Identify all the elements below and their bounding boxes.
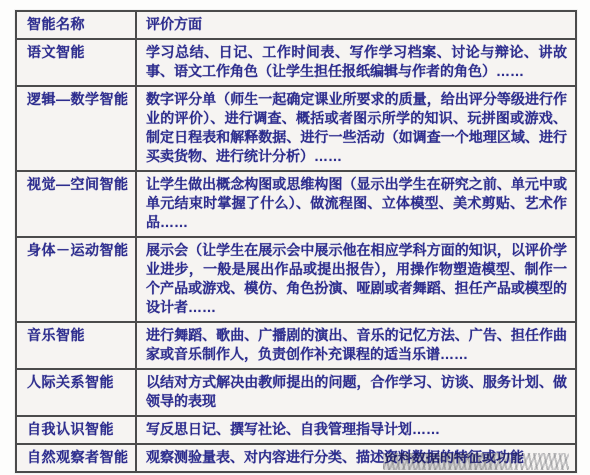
table-row: 语文智能学习总结、日记、工作时间表、写作学习档案、讨论与辩论、讲故事、语文工作角… [17, 38, 575, 85]
evaluation-aspect-cell: 展示会（让学生在展示会中展示他在相应学科方面的知识，以评价学业进步，一般是展出作… [137, 238, 575, 321]
table-header-row: 智能名称 评价方面 [17, 12, 575, 38]
intelligence-name-cell: 音乐智能 [17, 323, 137, 368]
table-row: 自我认识智能写反思日记、撰写社论、自我管理指导计划…… [17, 415, 575, 443]
intelligence-name-cell: 身体－运动智能 [17, 238, 137, 321]
intelligence-name-cell: 语文智能 [17, 40, 137, 85]
table-row: 逻辑—数学智能数字评分单（师生一起确定课业所要求的质量，给出评分等级进行作业的评… [17, 85, 575, 170]
intelligence-name-cell: 视觉—空间智能 [17, 172, 137, 236]
scanned-document-page: 智能名称 评价方面 语文智能学习总结、日记、工作时间表、写作学习档案、讨论与辩论… [0, 0, 590, 475]
intelligence-name-cell: 人际关系智能 [17, 370, 137, 415]
table-row: 音乐智能进行舞蹈、歌曲、广播剧的演出、音乐的记忆方法、广告、担任作曲家或音乐制作… [17, 321, 575, 368]
evaluation-aspect-cell: 进行舞蹈、歌曲、广播剧的演出、音乐的记忆方法、广告、担任作曲家或音乐制作人，负责… [137, 323, 575, 368]
table-row: 身体－运动智能展示会（让学生在展示会中展示他在相应学科方面的知识，以评价学业进步… [17, 236, 575, 321]
evaluation-aspect-cell: 数字评分单（师生一起确定课业所要求的质量，给出评分等级进行作业的评价）、进行调查… [137, 87, 575, 170]
intelligence-evaluation-table: 智能名称 评价方面 语文智能学习总结、日记、工作时间表、写作学习档案、讨论与辩论… [15, 10, 577, 473]
evaluation-aspect-cell: 观察测验量表、对内容进行分类、描述资料数据的特征或功能 [137, 445, 575, 471]
intelligence-name-cell: 自我认识智能 [17, 417, 137, 443]
evaluation-aspect-cell: 以结对方式解决由教师提出的问题，合作学习、访谈、服务计划、做领导的表现 [137, 370, 575, 415]
header-intelligence-name: 智能名称 [17, 12, 137, 38]
evaluation-aspect-cell: 让学生做出概念构图或思维构图（显示出学生在研究之前、单元中或单元结束时掌握了什么… [137, 172, 575, 236]
intelligence-name-cell: 逻辑—数学智能 [17, 87, 137, 170]
evaluation-aspect-cell: 写反思日记、撰写社论、自我管理指导计划…… [137, 417, 575, 443]
header-evaluation-aspect: 评价方面 [137, 12, 575, 38]
table-row: 自然观察者智能观察测验量表、对内容进行分类、描述资料数据的特征或功能 [17, 443, 575, 471]
intelligence-name-cell: 自然观察者智能 [17, 445, 137, 471]
evaluation-aspect-cell: 学习总结、日记、工作时间表、写作学习档案、讨论与辩论、讲故事、语文工作角色（让学… [137, 40, 575, 85]
table-row: 视觉—空间智能让学生做出概念构图或思维构图（显示出学生在研究之前、单元中或单元结… [17, 170, 575, 236]
table-row: 人际关系智能以结对方式解决由教师提出的问题，合作学习、访谈、服务计划、做领导的表… [17, 368, 575, 415]
